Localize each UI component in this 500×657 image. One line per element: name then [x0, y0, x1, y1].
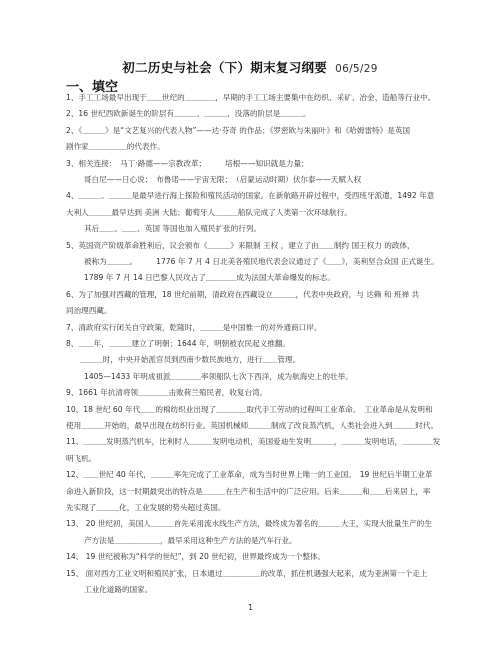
document-line: ＿＿＿时，中央开始派官员到西南少数民族地方，进行＿＿管理。: [80, 355, 450, 365]
document-line: 4、＿＿＿、＿＿＿是最早进行海上探险和殖民活动的国家。在新航路开辟过程中，受西班…: [66, 191, 436, 201]
document-line: 1405—1433 年明成祖派＿＿＿＿率领船队七次下西洋，成为航海史上的壮举。: [84, 372, 454, 382]
document-line: 3、相关连接： 马丁·路德——宗教改革； 培根——知识就是力量；: [66, 159, 436, 169]
document-line: 5、英国资产阶级革命胜利后，议会颁布《＿＿＿》来限制 王权 ，建立了由＿＿制约 …: [66, 241, 436, 251]
document-title: 初二历史与社会（下）期末复习纲要06/5/29: [0, 58, 500, 76]
page-number: 1: [248, 603, 253, 612]
document-line: 产方法是＿＿＿＿＿＿，最早采用这种生产方法的是汽车行业。: [84, 536, 454, 546]
document-line: 12、＿＿世纪 40 年代，＿＿＿率先完成了工业革命，成为当时世界上唯一的工业国…: [66, 470, 436, 480]
document-line: 2、《＿＿＿》是“文艺复兴的代表人物”——达·芬奇 的作品；《罗密欧与朱丽叶》和…: [66, 126, 436, 136]
document-line: 其后＿＿、＿＿、英国 等国也加入殖民扩张的行列。: [84, 224, 454, 234]
document-line: 大利人＿＿＿最早达到 美洲 大陆；葡萄牙人＿＿＿船队完成了人类第一次环球航行。: [66, 208, 436, 218]
document-line: 2、16 世纪西欧新诞生的阶层有＿＿＿、＿＿＿，没落的阶层是＿＿＿。: [66, 109, 436, 119]
document-line: 哥白尼——日心说； 布鲁诺——宇宙无限； （启蒙运动时期）伏尔泰——天赋人权: [84, 175, 454, 185]
document-line: 9、1661 年抗清将领＿＿＿＿击败荷兰殖民者，收复台湾。: [66, 388, 436, 398]
document-line: 使用＿＿＿开始的，最早出现在纺织行业。英国机械师＿＿＿制成了改良蒸汽机，人类社会…: [66, 421, 436, 431]
document-line: 同治理西藏。: [66, 306, 436, 316]
document-date: 06/5/29: [335, 63, 378, 75]
document-line: 工业化道路的国家。: [84, 585, 454, 595]
document-line: 13、 20 世纪初，美国人＿＿＿首先采用流水线生产方法，最终成为著名的＿＿＿大…: [66, 519, 436, 529]
document-line: 10、18 世纪 60 年代＿＿的棉纺织业出现了＿＿＿＿取代手工劳动的过程叫工业…: [66, 405, 436, 415]
document-line: 被称为＿＿＿。 1776 年 7 月 4 日北美各殖民地代表会议通过了《＿＿》，…: [84, 257, 454, 267]
document-line: 14、 19 世纪被称为“科学的世纪”，到 20 世纪初，世界最终成为一个整体。: [66, 552, 436, 562]
document-line: 剧作家＿＿＿＿＿的代表作。: [66, 142, 436, 152]
document-line: 命进入新阶段，这一时期最突出的特点是＿＿＿在生产和生活中的广泛应用。后来＿＿＿和…: [66, 487, 436, 497]
document-line: 8、＿＿年，＿＿＿建立了明朝；1644 年，明朝被农民起义推翻。: [66, 339, 436, 349]
document-line: 11、＿＿＿发明蒸汽机车，比利时人＿＿＿发明电动机，美国爱迪生发明＿＿＿，＿＿＿…: [66, 437, 436, 447]
document-line: 明飞机。: [66, 454, 436, 464]
document-page: 初二历史与社会（下）期末复习纲要06/5/29 一、填空 1、手工工场最早出现于…: [0, 0, 500, 657]
document-line: 先实现了＿＿＿化，工业发展的势头超过英国。: [66, 503, 436, 513]
document-line: 1、手工工场最早出现于＿＿世纪的＿＿＿＿，早期的手工工场主要集中在纺织、采矿、冶…: [66, 93, 436, 103]
document-line: 15、 面对西方工业文明和殖民扩张，日本通过＿＿＿＿＿的改革，抓住机遇强大起来，…: [66, 569, 436, 579]
document-line: 7、清政府实行闭关自守政策，乾隆时，＿＿＿是中国惟一的对外通商口岸。: [66, 323, 436, 333]
document-line: 1789 年 7 月 14 日巴黎人民攻占了＿＿＿＿成为法国大革命爆发的标志。: [84, 273, 454, 283]
document-line: 6、为了加强对西藏的管理，18 世纪前期，清政府在西藏设立＿＿＿，代表中央政府，…: [66, 290, 436, 300]
title-text: 初二历史与社会（下）期末复习纲要: [122, 60, 327, 75]
